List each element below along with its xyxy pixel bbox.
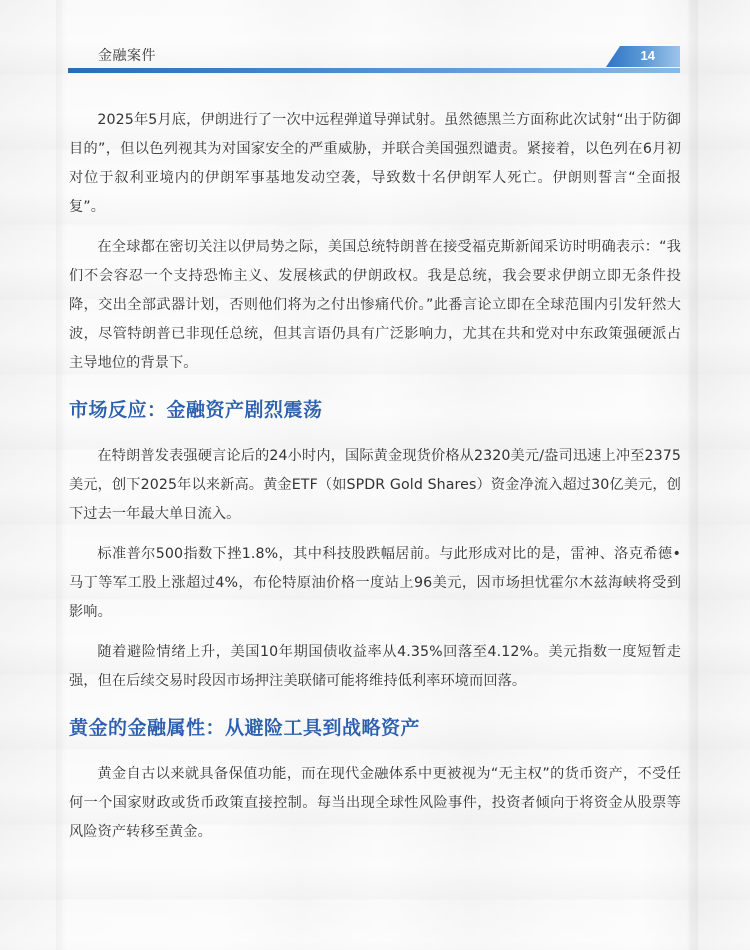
- header-divider: [68, 68, 680, 73]
- section-heading-market-reaction: 市场反应：金融资产剧烈震荡: [69, 396, 681, 424]
- paragraph: 标准普尔500指数下挫1.8%，其中科技股跌幅居前。与此形成对比的是，雷神、洛克…: [69, 540, 681, 627]
- header-title: 金融案件: [98, 45, 156, 65]
- page-number: 14: [641, 48, 655, 63]
- section-heading-gold-properties: 黄金的金融属性：从避险工具到战略资产: [69, 714, 681, 742]
- page-edge-left: [56, 0, 68, 950]
- paragraph: 在全球都在密切关注以伊局势之际，美国总统特朗普在接受福克斯新闻采访时明确表示：“…: [69, 233, 681, 378]
- paragraph: 2025年5月底，伊朗进行了一次中远程弹道导弹试射。虽然德黑兰方面称此次试射“出…: [69, 106, 681, 222]
- article-body: 2025年5月底，伊朗进行了一次中远程弹道导弹试射。虽然德黑兰方面称此次试射“出…: [69, 106, 681, 858]
- page-header: 金融案件 14: [68, 40, 680, 74]
- paragraph: 在特朗普发表强硬言论后的24小时内，国际黄金现货价格从2320美元/盎司迅速上冲…: [69, 442, 681, 529]
- paragraph: 随着避险情绪上升，美国10年期国债收益率从4.35%回落至4.12%。美元指数一…: [69, 638, 681, 696]
- paragraph: 黄金自古以来就具备保值功能，而在现代金融体系中更被视为“无主权”的货币资产，不受…: [69, 760, 681, 847]
- page-edge-right: [686, 0, 698, 950]
